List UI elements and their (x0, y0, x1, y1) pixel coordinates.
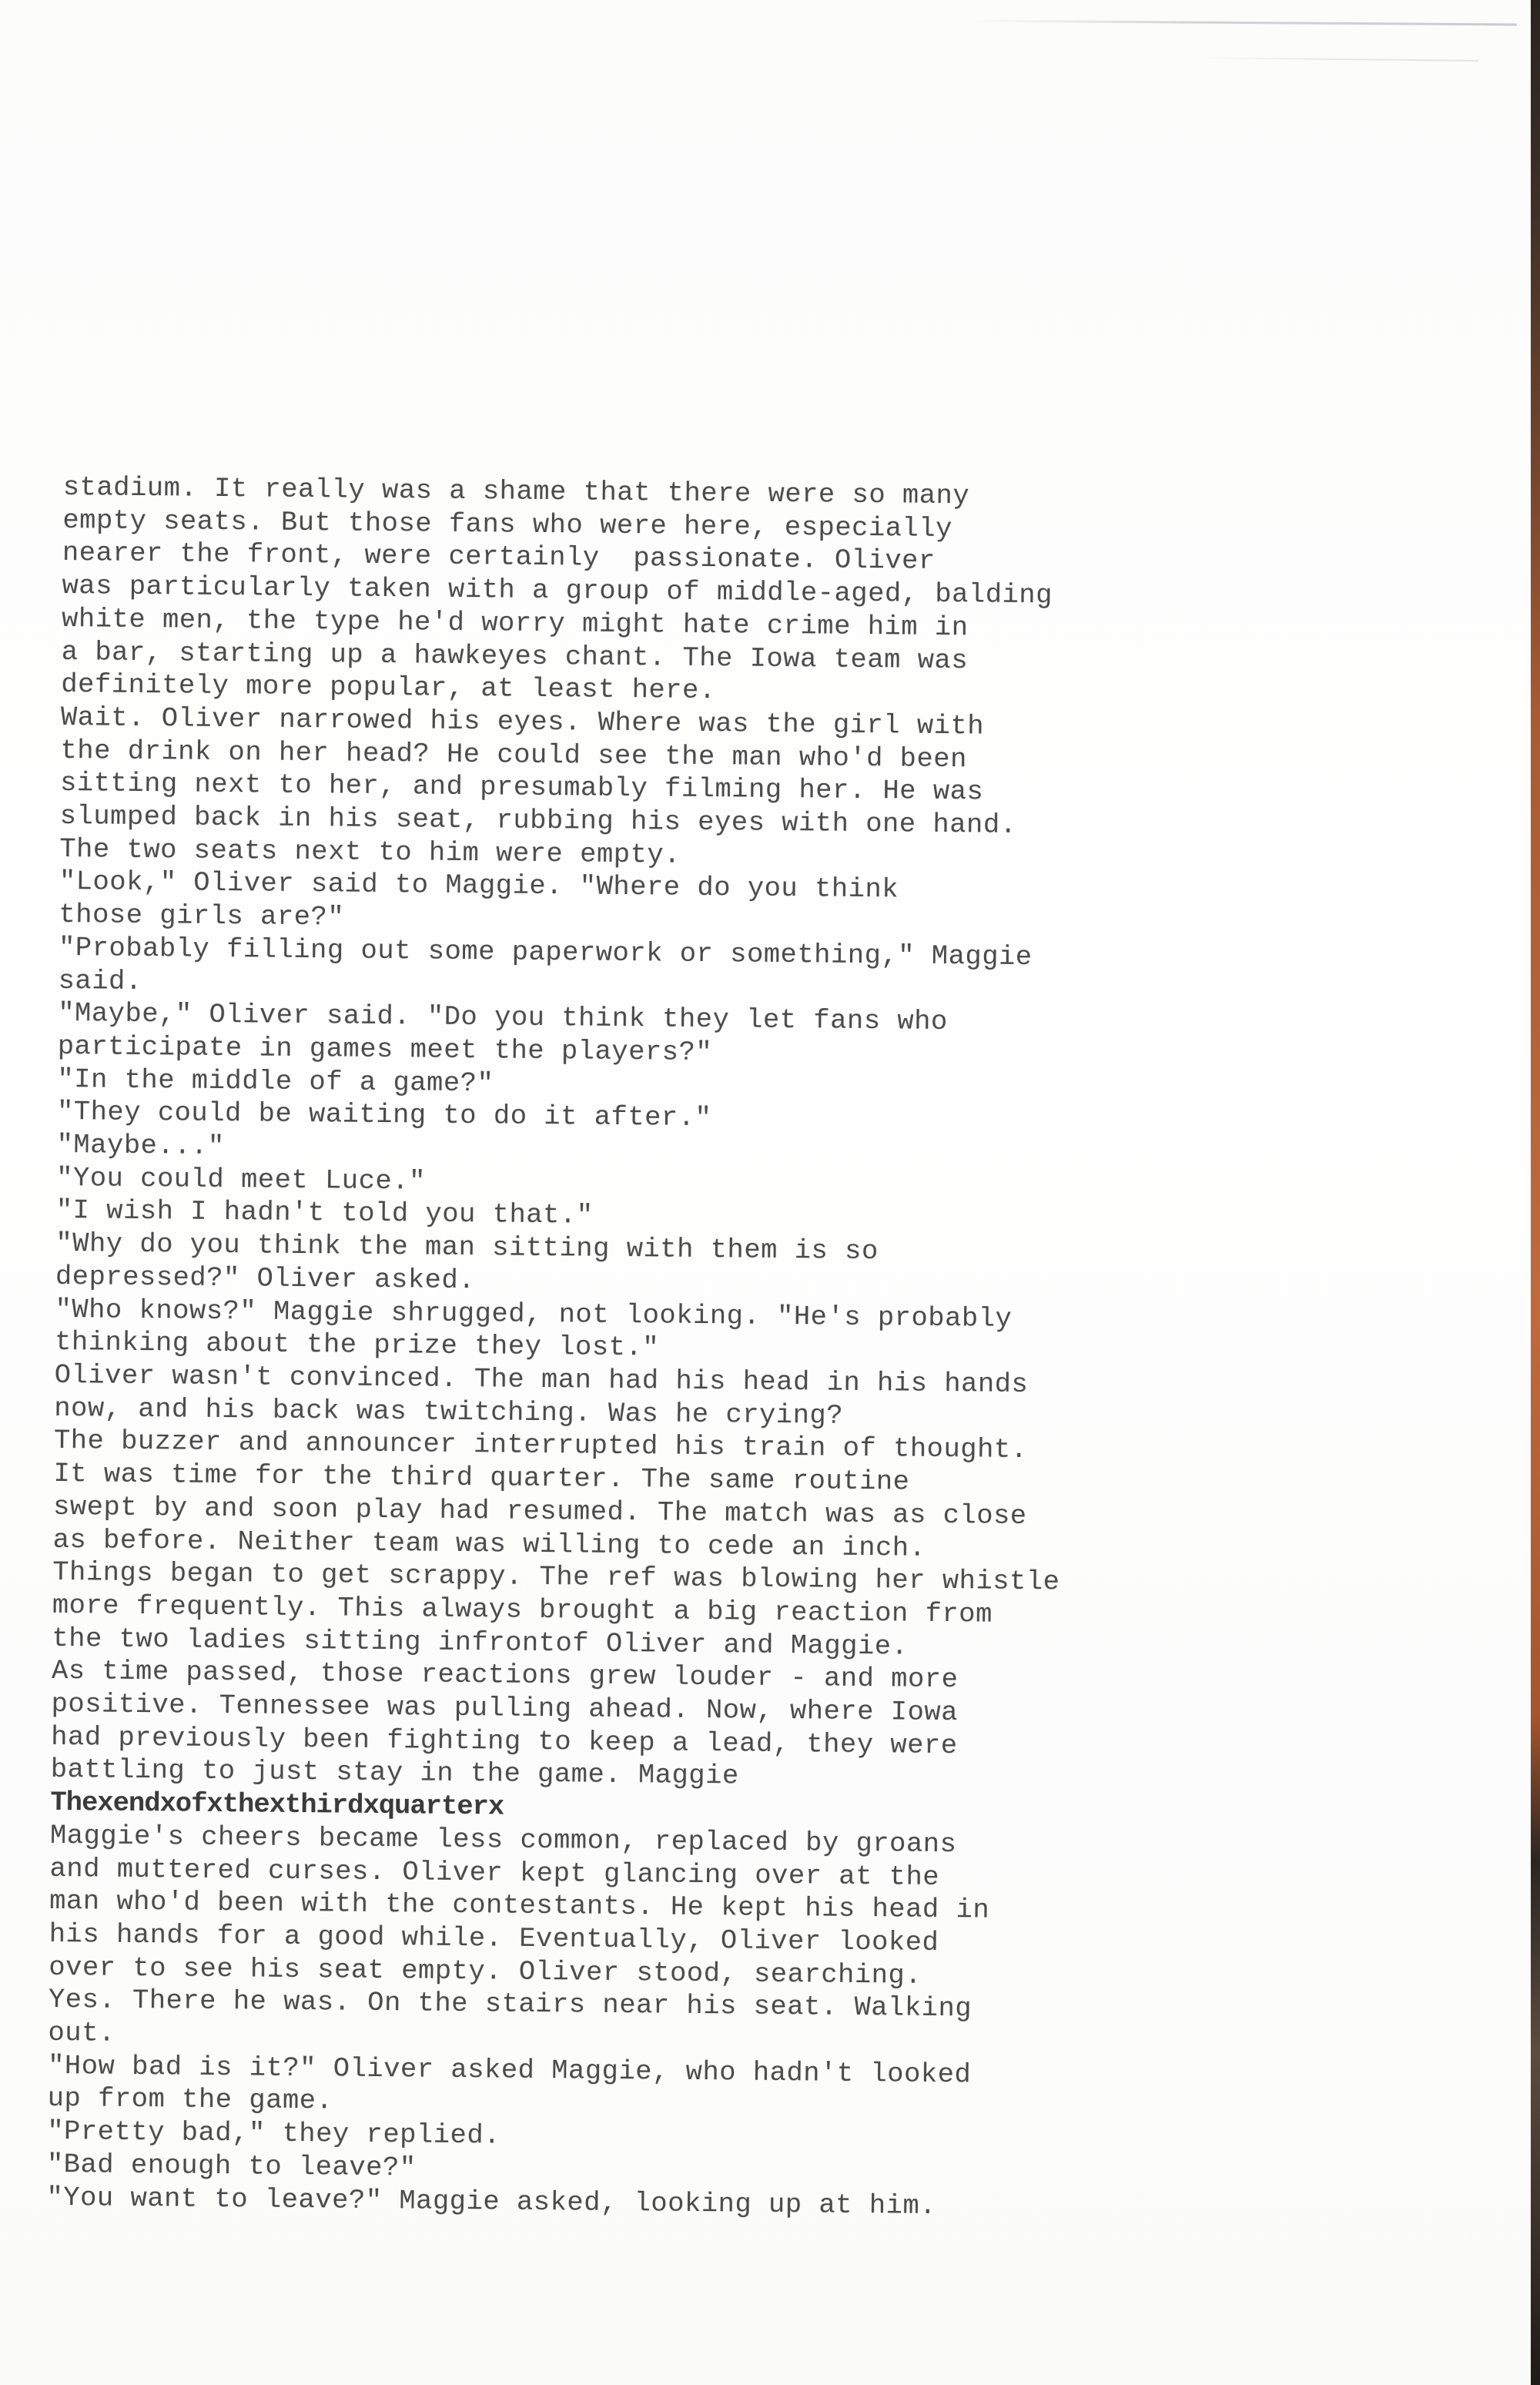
paper-crease (970, 20, 1517, 26)
paper-crease (1201, 57, 1478, 62)
typed-page: stadium. It really was a shame that ther… (0, 0, 1531, 2385)
table-surface-edge (1531, 0, 1540, 2385)
typewritten-text-block: stadium. It really was a shame that ther… (46, 471, 1326, 2226)
